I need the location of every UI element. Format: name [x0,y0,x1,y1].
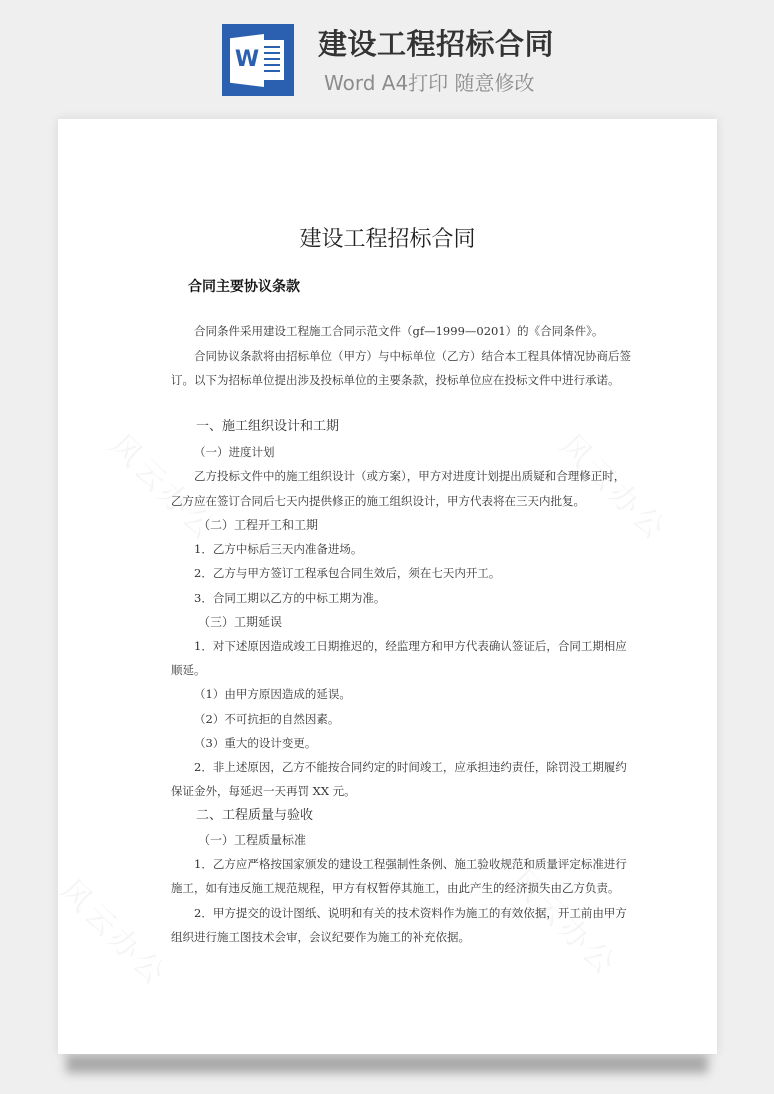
subsection-heading: （二）工程开工和工期 [198,517,318,533]
subsection-heading: （一）工程质量标准 [198,832,306,848]
list-item: 3．合同工期以乙方的中标工期为准。 [194,590,385,606]
document-title: 建设工程招标合同 [58,225,717,255]
list-item: 1．乙方应严格按国家颁发的建设工程强制性条例、施工验收规范和质量评定标准进行 [194,856,627,872]
paragraph-line: 保证金外，每延迟一天再罚 XX 元。 [171,783,356,799]
word-icon: W [222,24,294,96]
document-page: 风云办公 风云办公 风云办公 风云办公 建设工程招标合同 合同主要协议条款 合同… [58,119,717,1054]
paragraph-line: 施工，如有违反施工规范规程，甲方有权暂停其施工，由此产生的经济损失由乙方负责。 [171,880,620,896]
list-item: （1）由甲方原因造成的延误。 [194,686,351,702]
paragraph-line: 乙方应在签订合同后七天内提供修正的施工组织设计，甲方代表将在三天内批复。 [171,493,585,509]
banner-title: 建设工程招标合同 [318,26,554,62]
subsection-heading: （三）工期延误 [198,614,282,630]
list-item: 1．对下述原因造成竣工日期推迟的，经监理方和甲方代表确认签证后，合同工期相应 [194,638,627,654]
list-item: 2．非上述原因，乙方不能按合同约定的时间竣工，应承担违约责任，除罚没工期履约 [194,759,627,775]
watermark: 风云办公 [552,422,679,549]
section-heading: 一、施工组织设计和工期 [196,419,339,435]
section-heading: 二、工程质量与验收 [196,808,313,824]
list-item: 2．乙方与甲方签订工程承包合同生效后，须在七天内开工。 [194,565,500,581]
paragraph-line: 合同条件采用建设工程施工合同示范文件（gf—1999—0201）的《合同条件》。 [194,323,603,339]
document-subtitle: 合同主要协议条款 [188,277,300,297]
subsection-heading: （一）进度计划 [194,444,275,460]
list-item: （2）不可抗拒的自然因素。 [194,711,339,727]
paragraph-line: 订。以下为招标单位提出涉及投标单位的主要条款，投标单位应在投标文件中进行承诺。 [171,372,620,388]
paragraph-line: 组织进行施工图技术会审，会议纪要作为施工的补充依据。 [171,929,470,945]
list-item: 2．甲方提交的设计图纸、说明和有关的技术资料作为施工的有效依据，开工前由甲方 [194,905,627,921]
list-item: （3）重大的设计变更。 [194,735,316,751]
word-letter: W [232,48,262,72]
banner-subtitle: Word A4打印 随意修改 [324,70,535,96]
paragraph-line: 乙方投标文件中的施工组织设计（或方案），甲方对进度计划提出质疑和合理修正时， [194,468,625,484]
paragraph-line: 合同协议条款将由招标单位（甲方）与中标单位（乙方）结合本工程具体情况协商后签 [194,348,631,364]
list-item: 1．乙方中标后三天内准备进场。 [194,541,362,557]
banner-header: W 建设工程招标合同 Word A4打印 随意修改 [0,0,774,115]
page-shadow [66,1055,708,1073]
paragraph-line: 顺延。 [171,662,206,678]
watermark: 风云办公 [502,857,629,984]
watermark: 风云办公 [58,867,180,994]
